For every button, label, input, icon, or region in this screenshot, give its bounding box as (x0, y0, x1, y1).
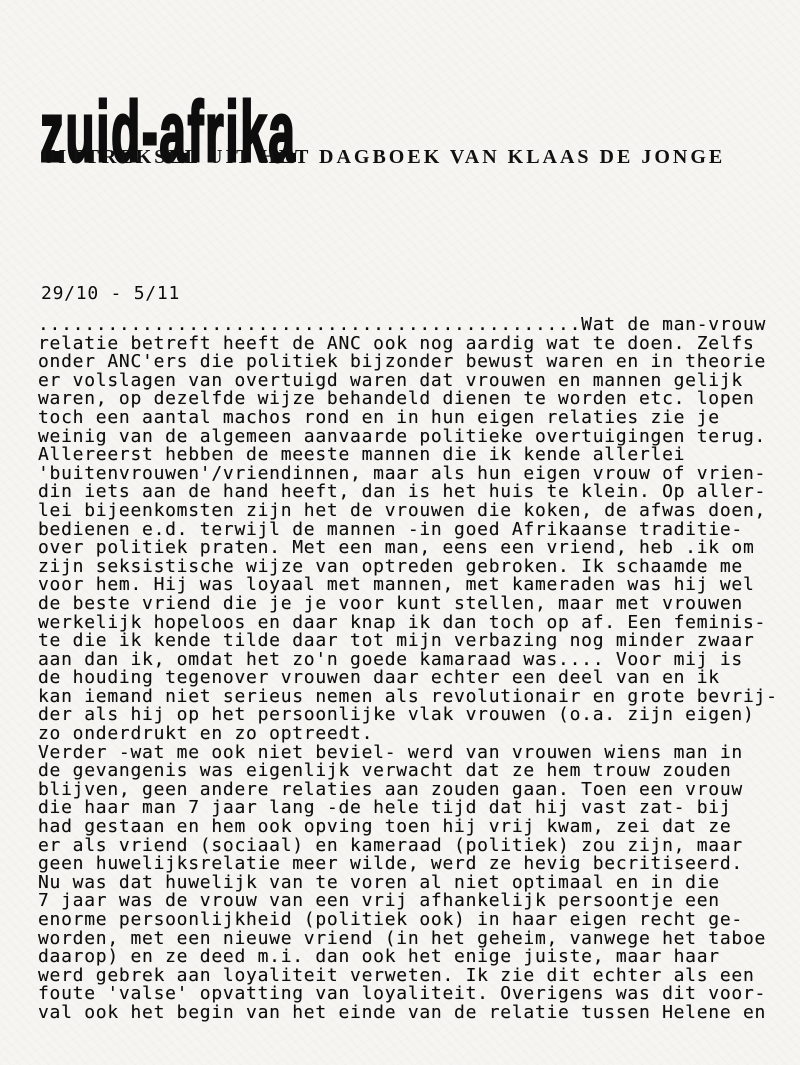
entry-date-range: 29/10 - 5/11 (41, 284, 180, 303)
article-subtitle: UITTREKSEL UIT HET DAGBOEK VAN KLAAS DE … (41, 146, 725, 169)
diary-body-text: ........................................… (38, 316, 790, 1023)
